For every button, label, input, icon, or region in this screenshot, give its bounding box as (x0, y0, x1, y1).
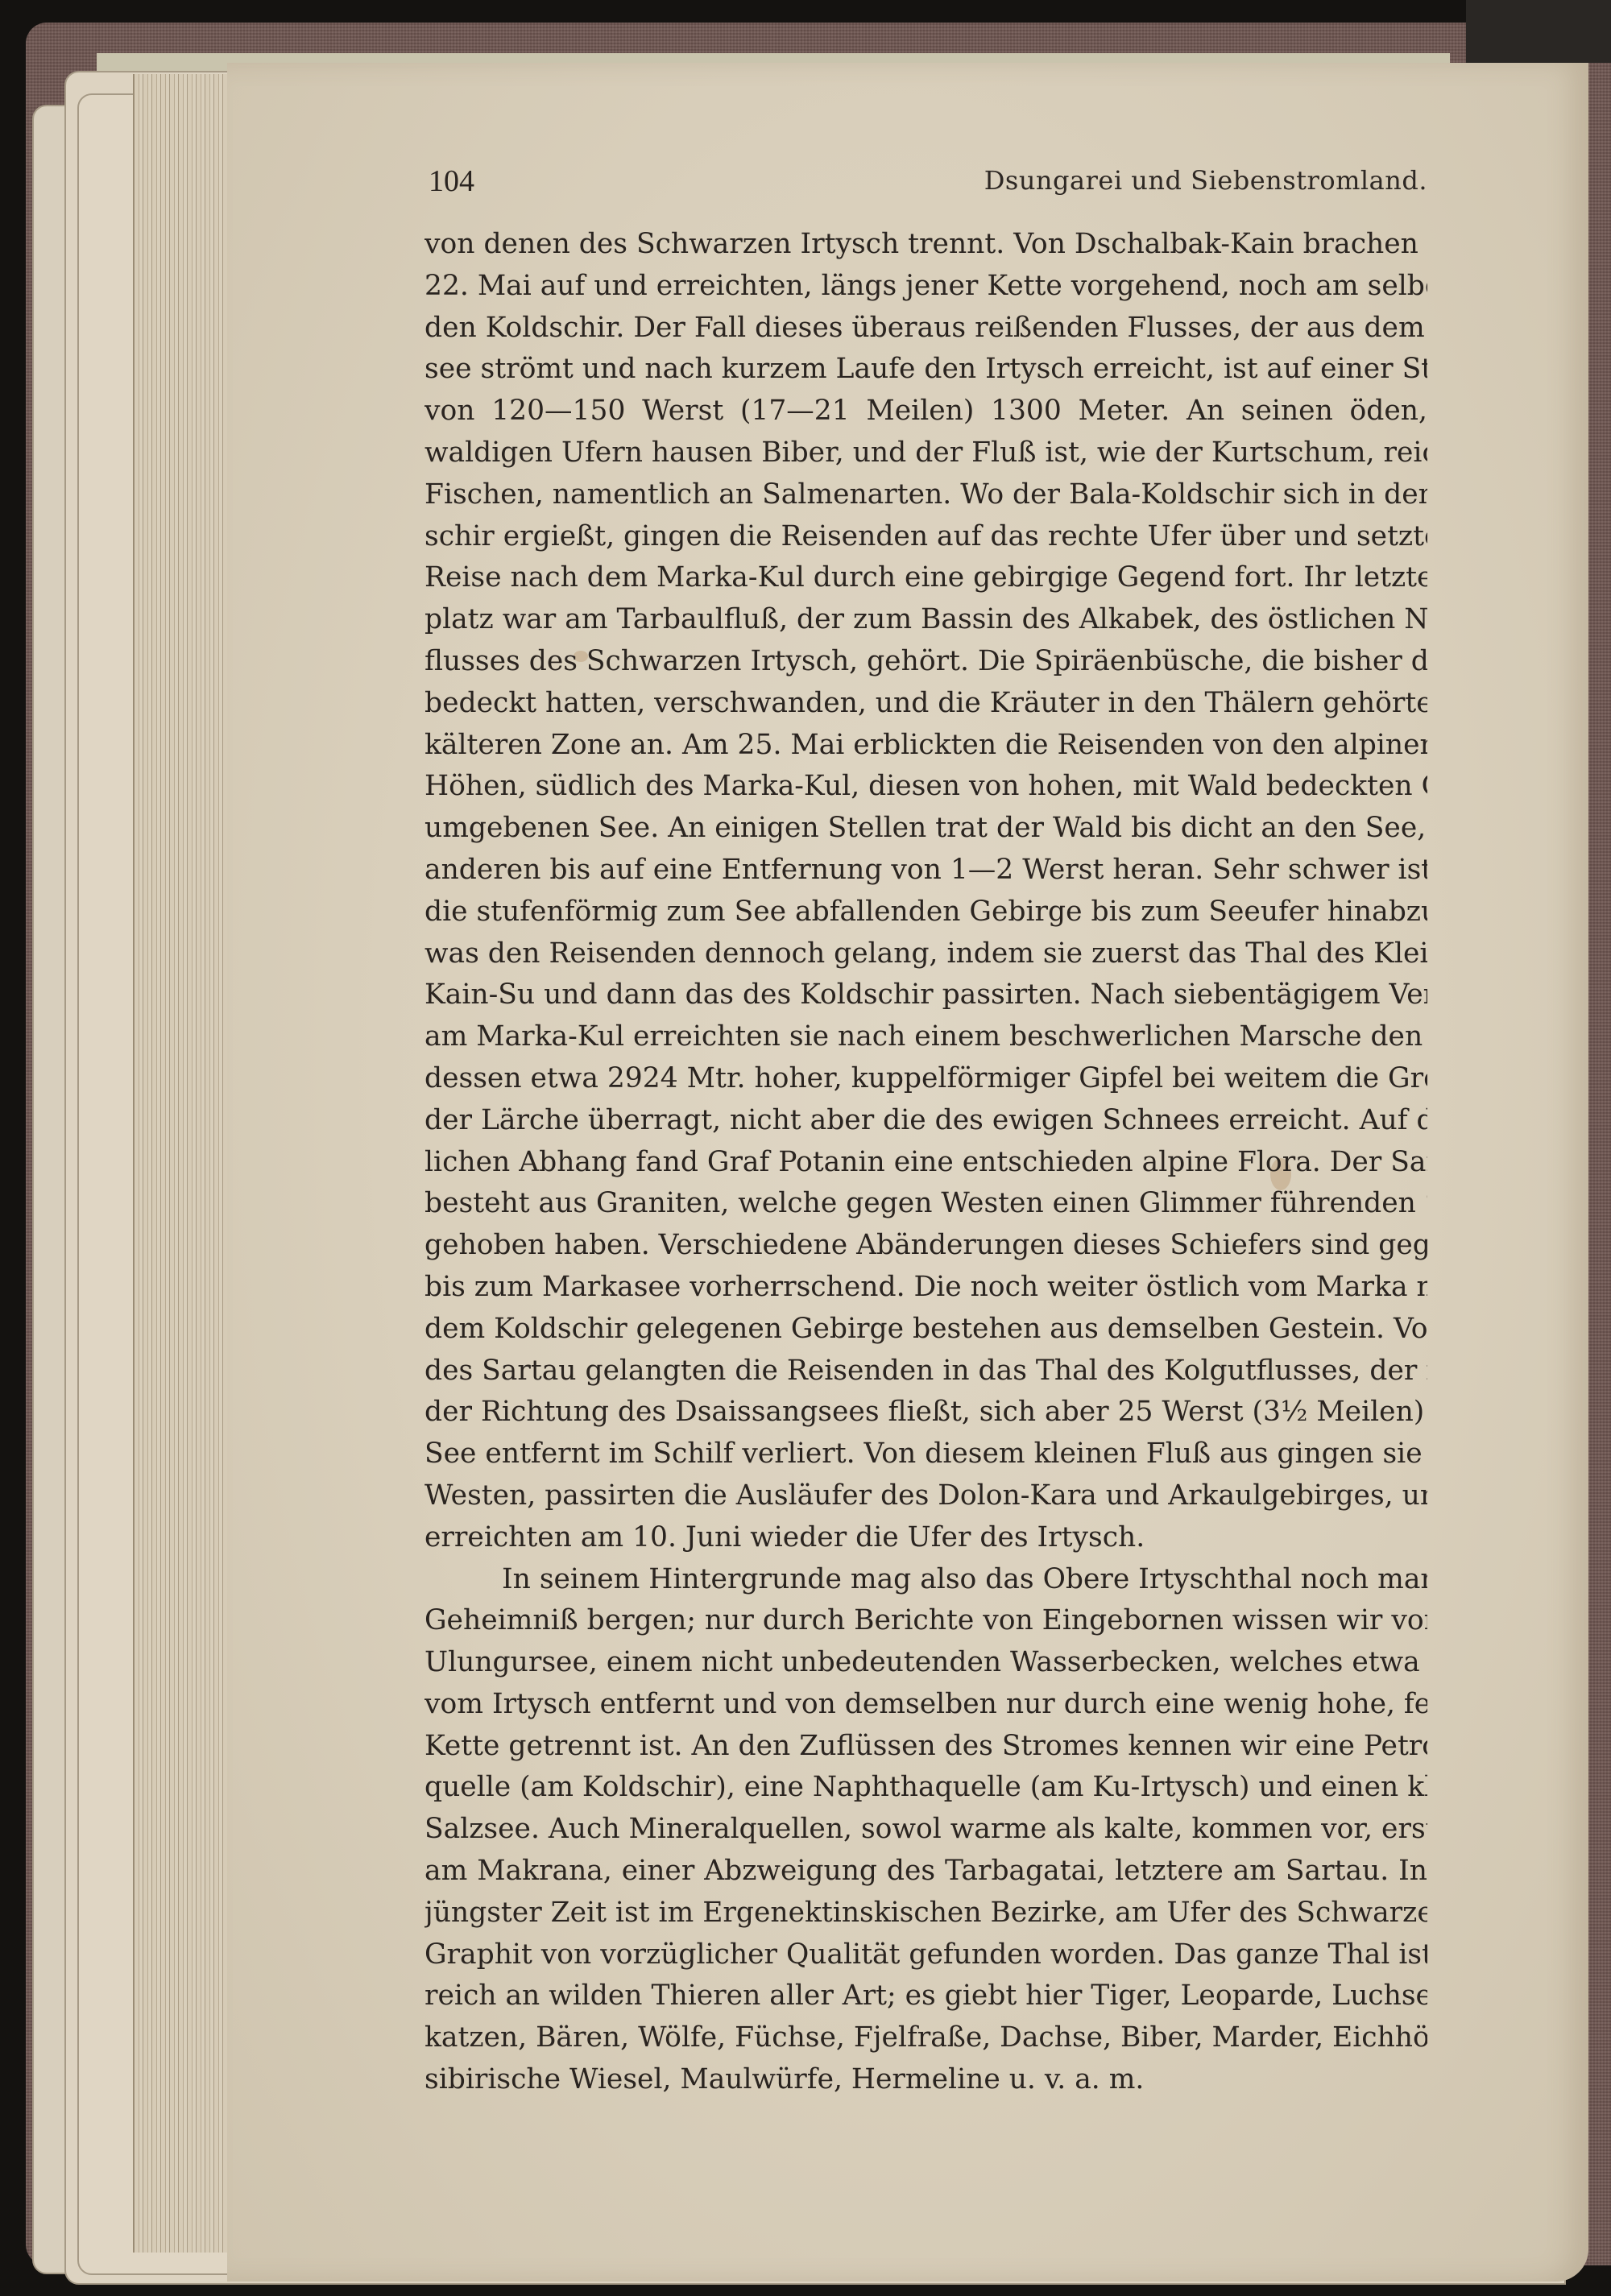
text-line: lichen Abhang fand Graf Potanin eine ent… (424, 1142, 1427, 1184)
text-line: des Sartau gelangten die Reisenden in da… (424, 1351, 1427, 1392)
text-line: am Marka-Kul erreichten sie nach einem b… (424, 1016, 1427, 1058)
text-line: dessen etwa 2924 Mtr. hoher, kuppelförmi… (424, 1058, 1427, 1100)
text-line: bedeckt hatten, verschwanden, und die Kr… (424, 683, 1427, 725)
text-line: quelle (am Koldschir), eine Naphthaquell… (424, 1767, 1427, 1809)
text-line: besteht aus Graniten, welche gegen Weste… (424, 1183, 1427, 1225)
text-line: gehoben haben. Verschiedene Abänderungen… (424, 1225, 1427, 1267)
text-line: Höhen, südlich des Marka-Kul, diesen von… (424, 766, 1427, 808)
text-line: was den Reisenden dennoch gelang, indem … (424, 933, 1427, 975)
text-line: von 120—150 Werst (17—21 Meilen) 1300 Me… (424, 391, 1427, 432)
text-line: jüngster Zeit ist im Ergenektinskischen … (424, 1893, 1427, 1934)
text-line: 22. Mai auf und erreichten, längs jener … (424, 266, 1427, 308)
text-line: die stufenförmig zum See abfallenden Geb… (424, 892, 1427, 933)
text-line: Kain-Su und dann das des Koldschir passi… (424, 974, 1427, 1016)
paragraph: In seinem Hintergrunde mag also das Ober… (424, 1559, 1427, 2101)
text-line: umgebenen See. An einigen Stellen trat d… (424, 808, 1427, 850)
book-page: 104 Dsungarei und Siebenstromland. von d… (227, 63, 1588, 2282)
running-head-title: Dsungarei und Siebenstromland. (984, 165, 1427, 196)
text-line: erreichten am 10. Juni wieder die Ufer d… (424, 1517, 1427, 1559)
text-line: vom Irtysch entfernt und von demselben n… (424, 1684, 1427, 1726)
text-line: see strömt und nach kurzem Laufe den Irt… (424, 349, 1427, 391)
text-line: Salzsee. Auch Mineralquellen, sowol warm… (424, 1809, 1427, 1851)
page-number: 104 (429, 163, 474, 199)
paragraph: von denen des Schwarzen Irtysch trennt. … (424, 224, 1427, 1559)
page-leaf-stack (133, 74, 229, 2253)
text-line: flusses des Schwarzen Irtysch, gehört. D… (424, 641, 1427, 683)
text-line: sibirische Wiesel, Maulwürfe, Hermeline … (424, 2059, 1427, 2101)
text-line: Kette getrennt ist. An den Zuflüssen des… (424, 1726, 1427, 1768)
text-line: der Richtung des Dsaissangsees fließt, s… (424, 1392, 1427, 1433)
text-line: den Koldschir. Der Fall dieses überaus r… (424, 308, 1427, 350)
text-line: am Makrana, einer Abzweigung des Tarbaga… (424, 1851, 1427, 1893)
text-line: von denen des Schwarzen Irtysch trennt. … (424, 224, 1427, 266)
text-line: Fischen, namentlich an Salmenarten. Wo d… (424, 474, 1427, 516)
text-line: In seinem Hintergrunde mag also das Ober… (424, 1559, 1427, 1601)
body-text: von denen des Schwarzen Irtysch trennt. … (424, 224, 1427, 2101)
text-line: katzen, Bären, Wölfe, Füchse, Fjelfraße,… (424, 2017, 1427, 2059)
text-line: Ulungursee, einem nicht unbedeutenden Wa… (424, 1642, 1427, 1684)
text-line: Graphit von vorzüglicher Qualität gefund… (424, 1934, 1427, 1976)
text-line: kälteren Zone an. Am 25. Mai erblickten … (424, 725, 1427, 767)
text-line: See entfernt im Schilf verliert. Von die… (424, 1433, 1427, 1475)
text-line: reich an wilden Thieren aller Art; es gi… (424, 1975, 1427, 2017)
text-line: schir ergießt, gingen die Reisenden auf … (424, 516, 1427, 558)
running-head: 104 Dsungarei und Siebenstromland. (429, 163, 1427, 212)
text-line: dem Koldschir gelegenen Gebirge bestehen… (424, 1309, 1427, 1351)
text-line: waldigen Ufern hausen Biber, und der Flu… (424, 432, 1427, 474)
text-line: platz war am Tarbaulfluß, der zum Bassin… (424, 599, 1427, 641)
text-line: Geheimniß bergen; nur durch Berichte von… (424, 1600, 1427, 1642)
text-line: Reise nach dem Marka-Kul durch eine gebi… (424, 557, 1427, 599)
text-line: Westen, passirten die Ausläufer des Dolo… (424, 1475, 1427, 1517)
text-line: anderen bis auf eine Entfernung von 1—2 … (424, 850, 1427, 892)
text-line: bis zum Markasee vorherrschend. Die noch… (424, 1267, 1427, 1309)
background-shadow (1466, 0, 1611, 63)
text-line: der Lärche überragt, nicht aber die des … (424, 1100, 1427, 1142)
